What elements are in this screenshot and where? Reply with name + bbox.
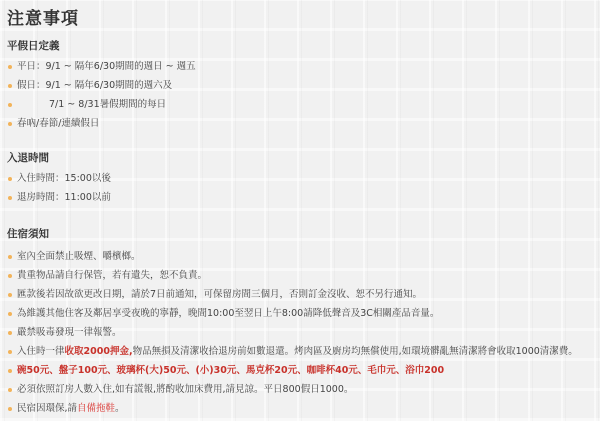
list-item: 必須依照訂房人數入住,如有謊報,將酌收加床費用,請見諒。平日800假日1000。 (7, 380, 578, 399)
list-item: 嚴禁吸毒發現一律報警。 (7, 323, 578, 342)
list-item: 平日：9/1 ~ 隔年6/30期間的週日 ~ 週五 (7, 57, 196, 76)
damage-price-list: 碗50元、盤子100元、玻璃杯(大)50元、(小)30元、馬克杯20元、咖啡杯4… (17, 365, 444, 376)
list-item: 退房時間：11:00以前 (7, 188, 111, 207)
damage-price-item: 碗50元、盤子100元、玻璃杯(大)50元、(小)30元、馬克杯20元、咖啡杯4… (7, 361, 578, 380)
slippers-prefix: 民宿因環保,請 (17, 403, 77, 414)
notice-page: 注意事項 平假日定義 平日：9/1 ~ 隔年6/30期間的週日 ~ 週五 假日：… (0, 0, 600, 34)
holiday-definition-list: 平日：9/1 ~ 隔年6/30期間的週日 ~ 週五 假日：9/1 ~ 隔年6/3… (7, 57, 196, 133)
slippers-suffix: 。 (115, 403, 125, 414)
section-title-house-rules: 住宿須知 (7, 226, 49, 242)
section-title-holiday-definition: 平假日定義 (7, 38, 60, 54)
deposit-highlight: 收取2000押金, (65, 346, 133, 357)
house-rules-list: 室內全面禁止吸煙、嚼檳榔。 貴重物品請自行保管，若有遺失，恕不負責。 匯款後若因… (7, 247, 578, 418)
list-item: 貴重物品請自行保管，若有遺失，恕不負責。 (7, 266, 578, 285)
deposit-suffix: 物品無損及清潔收拾退房前如數退還。烤肉區及廚房均無償使用,如環境髒亂無清潔將會收… (133, 346, 578, 357)
check-in-out-list: 入住時間：15:00以後 退房時間：11:00以前 (7, 169, 111, 207)
list-item: 假日：9/1 ~ 隔年6/30期間的週六及 (7, 76, 196, 95)
list-item: 7/1 ~ 8/31暑假期間的每日 (7, 95, 196, 114)
deposit-item: 入住時一律收取2000押金,物品無損及清潔收拾退房前如數退還。烤肉區及廚房均無償… (7, 342, 578, 361)
list-item: 春吶/春節/連續假日 (7, 114, 196, 133)
list-item: 匯款後若因故欲更改日期，請於7日前通知，可保留房間三個月，否則訂金沒收、恕不另行… (7, 285, 578, 304)
list-item-text: 7/1 ~ 8/31暑假期間的每日 (17, 99, 166, 110)
list-item: 入住時間：15:00以後 (7, 169, 111, 188)
slippers-item: 民宿因環保,請自備拖鞋。 (7, 399, 578, 418)
section-title-check-in-out: 入退時間 (7, 150, 49, 166)
list-item: 室內全面禁止吸煙、嚼檳榔。 (7, 247, 578, 266)
slippers-highlight: 自備拖鞋 (77, 403, 115, 414)
page-title: 注意事項 (7, 0, 600, 34)
deposit-prefix: 入住時一律 (17, 346, 65, 357)
list-item: 為維護其他住客及鄰居享受夜晚的寧靜，晚間10:00至翌日上午8:00請降低聲音及… (7, 304, 578, 323)
